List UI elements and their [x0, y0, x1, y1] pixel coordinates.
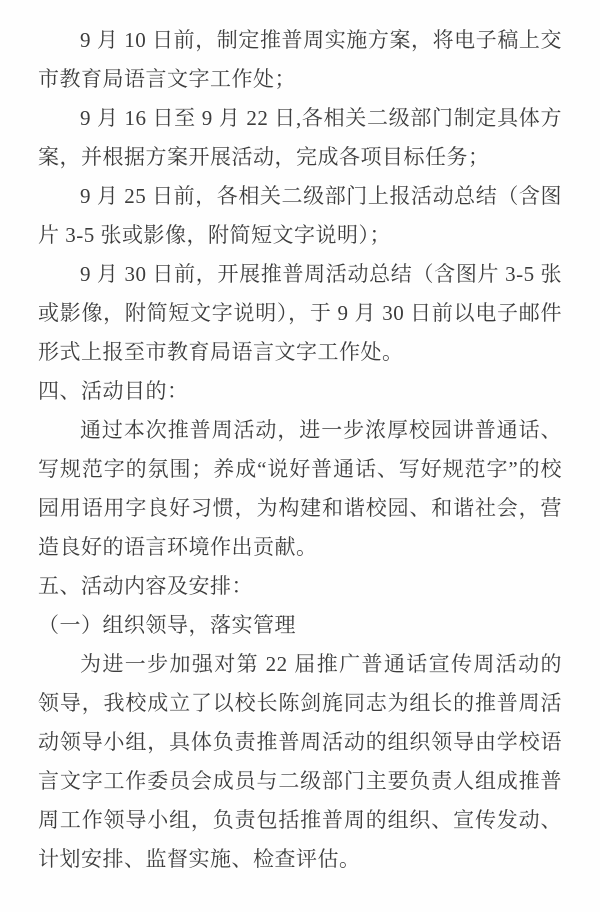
paragraph-leadership-group: 为进一步加强对第 22 届推广普通话宣传周活动的领导，我校成立了以校长陈剑旄同志…: [38, 645, 562, 879]
paragraph-activity-purpose: 通过本次推普周活动，进一步浓厚校园讲普通话、写规范字的氛围；养成“说好普通话、写…: [38, 411, 562, 567]
subsection-heading-1-organization: （一）组织领导，落实管理: [38, 606, 562, 645]
section-heading-5-activity-content: 五、活动内容及安排：: [38, 567, 562, 606]
paragraph-schedule-sep25: 9 月 25 日前，各相关二级部门上报活动总结（含图片 3-5 张或影像，附简短…: [38, 177, 562, 255]
document-page: 9 月 10 日前，制定推普周实施方案，将电子稿上交市教育局语言文字工作处； 9…: [0, 0, 600, 912]
section-heading-4-activity-purpose: 四、活动目的：: [38, 372, 562, 411]
paragraph-schedule-sep10: 9 月 10 日前，制定推普周实施方案，将电子稿上交市教育局语言文字工作处；: [38, 21, 562, 99]
paragraph-schedule-sep16-22: 9 月 16 日至 9 月 22 日,各相关二级部门制定具体方案，并根据方案开展…: [38, 99, 562, 177]
paragraph-schedule-sep30: 9 月 30 日前，开展推普周活动总结（含图片 3-5 张或影像，附简短文字说明…: [38, 255, 562, 372]
